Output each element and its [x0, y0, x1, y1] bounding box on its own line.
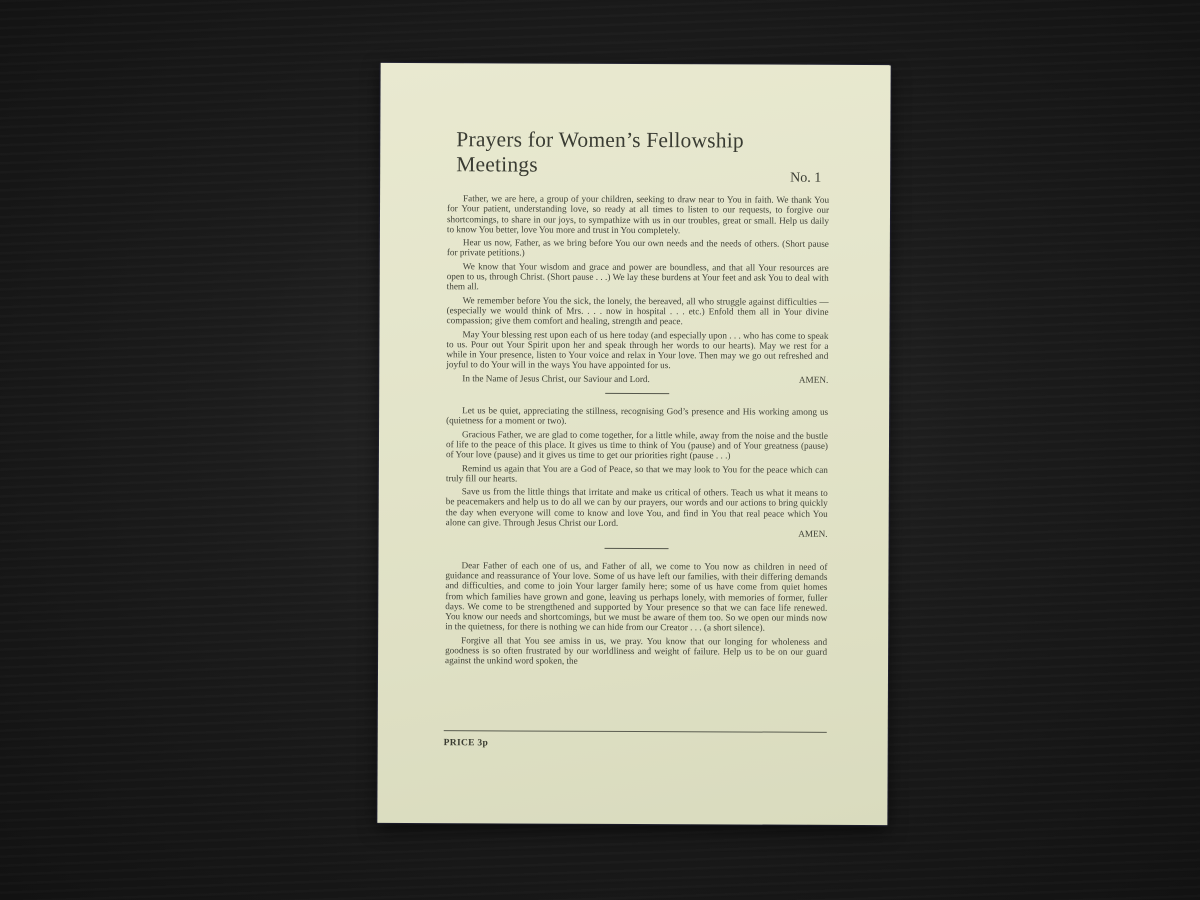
paragraph: We know that Your wisdom and grace and p… — [447, 261, 829, 294]
amen: AMEN. — [799, 374, 828, 384]
paragraph: Remind us again that You are a God of Pe… — [446, 463, 828, 485]
closing-text: In the Name of Jesus Christ, our Saviour… — [462, 373, 650, 384]
paragraph: Save us from the little things that irri… — [446, 486, 828, 529]
prayer-section-3: Dear Father of each one of us, and Fathe… — [445, 560, 827, 668]
paragraph: May Your blessing rest upon each of us h… — [446, 329, 828, 372]
footer-rule — [444, 730, 827, 733]
leaflet-page: Prayers for Women’s Fellowship Meetings … — [377, 63, 890, 825]
paragraph: Father, we are here, a group of your chi… — [447, 193, 829, 236]
paragraph: Hear us now, Father, as we bring before … — [447, 237, 829, 259]
paragraph: Let us be quiet, appreciating the stilln… — [446, 405, 828, 427]
prayer-section-1: Father, we are here, a group of your chi… — [446, 193, 829, 385]
leaflet-number: No. 1 — [790, 171, 821, 187]
paragraph: We remember before You the sick, the lon… — [447, 295, 829, 328]
price-label: PRICE 3p — [444, 738, 488, 748]
prayer-body: Father, we are here, a group of your chi… — [445, 193, 829, 670]
paragraph: Forgive all that You see amiss in us, we… — [445, 635, 827, 668]
amen-line: AMEN. — [446, 527, 828, 539]
closing-line: In the Name of Jesus Christ, our Saviour… — [446, 373, 828, 385]
paragraph: Dear Father of each one of us, and Fathe… — [445, 560, 827, 634]
paragraph: Gracious Father, we are glad to come tog… — [446, 429, 828, 462]
prayer-section-2: Let us be quiet, appreciating the stilln… — [446, 405, 829, 539]
section-divider — [605, 393, 669, 394]
section-divider — [605, 547, 669, 548]
amen: AMEN. — [798, 529, 827, 539]
document-title: Prayers for Women’s Fellowship Meetings — [456, 127, 796, 178]
